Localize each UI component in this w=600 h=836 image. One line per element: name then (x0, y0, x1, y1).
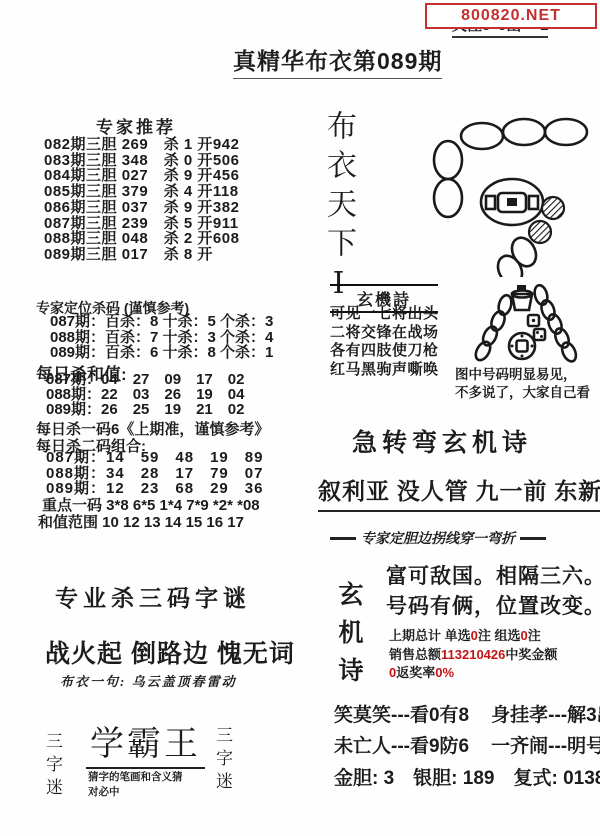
three-char-riddle-note: 猜字的笔画和含义猜 对必中 (88, 770, 183, 800)
expert-divider: 专家定胆边拐线穿一弯折 (330, 528, 565, 548)
three-char-riddle-label-left: 三字迷 (40, 732, 65, 801)
stat-text: 返奖率 (396, 665, 435, 680)
poem-line: 二将交锋在战场 (330, 324, 439, 343)
caption-line: 图中号码明显易见， (455, 366, 590, 384)
divider-text: 专家定胆边拐线穿一弯折 (361, 528, 515, 548)
riddle-part: 未亡人---看9防6 (334, 731, 469, 758)
poem-line: 红马黑驹声嘶唤 (330, 361, 439, 380)
table-row: 088期：34 28 17 79 07 (46, 466, 263, 482)
table-row: 088期：百杀：7 十杀：3 个杀：4 (50, 330, 273, 346)
table-row: 089期：百杀：6 十杀：8 个杀：1 (50, 345, 273, 361)
turn-poem-title: 急转弯玄机诗 (352, 423, 532, 459)
page-title: 真精华布衣第089期 (233, 43, 442, 79)
stat-text: 销售总额 (389, 647, 441, 662)
bottom-riddle-line2: 未亡人---看9防6 一齐闹---明号1 7 (334, 731, 600, 758)
buyi-world-vertical-title: 布衣天下Ⅰ (316, 110, 360, 310)
mystic-poem-lines: 可见一七将出头 二将交锋在战场 各有四肢使刀枪 红马黑驹声嘶唤 (330, 305, 439, 379)
position-kill-table: 087期：百杀：8 十杀：5 个杀：3 088期：百杀：7 十杀：3 个杀：4 … (50, 314, 273, 361)
xuanji-poem-lines: 富可敌国。相隔三六。 号码有俩，位置改变。 (386, 562, 600, 622)
note-line: 对必中 (88, 785, 183, 800)
table-row: 087期三胆 239 杀 5 开911 (44, 216, 239, 232)
table-row: 087期：14 59 48 19 89 (46, 450, 263, 466)
riddle-part: 笑莫笑---看0有8 (334, 700, 469, 727)
three-char-riddle-label-right: 三字迷 (210, 726, 235, 795)
stat-text: 上期总计 单选 (389, 628, 471, 643)
expert-recommend-table: 082期三胆 269 杀 1 开942 083期三胆 348 杀 0 开506 … (44, 137, 239, 263)
table-row: 089期：26 25 19 21 02 (46, 403, 244, 418)
poem-line: 可见一七将出头 (330, 305, 439, 324)
table-row: 089期三胆 017 杀 8 开 (44, 247, 239, 263)
site-badge: 800820.NET (425, 3, 597, 29)
figure-caption: 图中号码明显易见， 不多说了，大家自己看 (455, 366, 590, 402)
table-row: 086期三胆 037 杀 9 开382 (44, 200, 239, 216)
bead-figure-middle-icon (465, 283, 590, 368)
xuanji-vertical-title: 玄机诗 (331, 581, 367, 695)
bottom-riddle-line1: 笑莫笑---看0有8 身挂孝---解3出7 (334, 700, 600, 727)
poem-line: 号码有俩，位置改变。 (386, 592, 600, 622)
sales-stats-line2: 销售总额113210426中奖金额 (389, 644, 557, 663)
caption-line: 不多说了，大家自己看 (455, 384, 590, 402)
stat-value: 0% (435, 665, 454, 680)
bead-figure-top-icon (420, 112, 595, 277)
lottery-sheet-page: 800820.NET 关注5' 9出'一1 真精华布衣第089期 专家推荐 08… (0, 0, 600, 836)
bottom-riddle-line3: 金胆: 3 银胆: 189 复式: 01389 (7) (334, 763, 600, 790)
poem-line: 各有四肢使刀枪 (330, 342, 439, 361)
riddle-part: 一齐闹---明号1 7 (491, 731, 600, 758)
note-line: 猜字的笔画和含义猜 (88, 770, 183, 785)
expert-recommend-title: 专家推荐 (96, 113, 176, 138)
table-row: 082期三胆 269 杀 1 开942 (44, 137, 239, 153)
turn-poem-line: 叙利亚 没人管 九一前 东新菊 (318, 473, 600, 512)
table-row: 084期三胆 027 杀 9 开456 (44, 168, 239, 184)
sales-stats-line3: 0返奖率0% (389, 662, 454, 681)
three-code-riddle-line: 战火起 倒路边 愧无词 (45, 634, 295, 670)
buyi-sentence: 布衣一句: 乌云盖顶春雷动 (60, 671, 237, 690)
stat-value: 113210426 (441, 647, 505, 662)
three-code-riddle-title: 专业杀三码字谜 (55, 580, 251, 613)
stat-text: 注 (528, 628, 541, 643)
riddle-part: 身挂孝---解3出7 (491, 700, 600, 727)
stat-text: 中奖金额 (505, 647, 557, 662)
stat-value: 0 (471, 628, 478, 643)
poem-line: 富可敌国。相隔三六。 (386, 562, 600, 592)
table-row: 085期三胆 379 杀 4 开118 (44, 184, 239, 200)
sales-stats-line1: 上期总计 单选0注 组选0注 (389, 625, 541, 644)
sum-range-line: 和值范围 10 12 13 14 15 16 17 (38, 511, 244, 532)
stat-value: 0 (520, 628, 527, 643)
table-row: 087期：百杀：8 十杀：5 个杀：3 (50, 314, 273, 330)
daily-sum-kill-table: 087期：04 27 09 17 02 088期：22 03 26 19 04 … (46, 373, 244, 417)
table-row: 088期三胆 048 杀 2 开608 (44, 231, 239, 247)
daily-one-kill-table: 087期：14 59 48 19 89 088期：34 28 17 79 07 … (46, 450, 263, 497)
stat-text: 注 组选 (478, 628, 521, 643)
three-char-riddle-answer: 学霸王 (86, 716, 205, 769)
